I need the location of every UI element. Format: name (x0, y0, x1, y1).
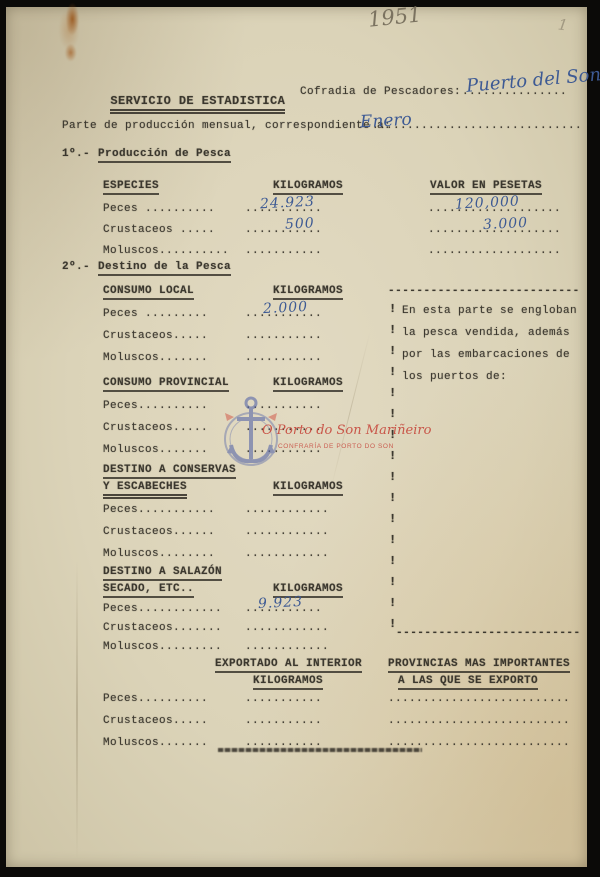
rust-stain (52, 0, 86, 68)
provincias-title2-text: A LAS QUE SE EXPORTO (398, 675, 538, 690)
bottom-rule (218, 748, 422, 752)
kg-dots: ........... (245, 352, 322, 364)
table-row: Peces............ ........... 9.923 (0, 603, 600, 623)
subsection-title: DESTINO A SALAZÓN (103, 566, 222, 578)
subsection-title-text: CONSUMO PROVINCIAL (103, 377, 229, 392)
col-kilogramos: KILOGRAMOS (273, 180, 343, 192)
provincias-title-text: PROVINCIAS MAS IMPORTANTES (388, 658, 570, 673)
note-box-top-border: --------------------------- (388, 285, 580, 297)
subsection-title2-text: SECADO, ETC.. (103, 583, 194, 598)
export-kilogramos-text: KILOGRAMOS (253, 675, 323, 690)
export-heading-line2: KILOGRAMOS A LAS QUE SE EXPORTO (0, 675, 600, 695)
kg-dots: ............ (245, 622, 329, 634)
row-label: Peces .......... (103, 203, 215, 215)
subsection-title2-text: Y ESCABECHES (103, 481, 187, 499)
table-row: Crustaceos..... ........... ............… (0, 715, 600, 735)
row-label: Moluscos.......... (103, 245, 229, 257)
document-title-text: SERVICIO DE ESTADISTICA (110, 94, 285, 114)
section2-heading: 2º.- Destino de la Pesca (0, 261, 600, 281)
parte-label: Parte de producción mensual, correspondi… (62, 120, 398, 132)
col-valor: VALOR EN PESETAS (430, 180, 542, 192)
kg-dots: ............ (245, 526, 329, 538)
row-label: Crustaceos ..... (103, 224, 215, 236)
row-label: Crustaceos..... (103, 330, 208, 342)
subsection-kilogramos: KILOGRAMOS (273, 481, 343, 493)
row-label: Crustaceos..... (103, 715, 208, 727)
subsection-kilogramos-text: KILOGRAMOS (273, 377, 343, 392)
kg-dots: ........... (245, 715, 322, 727)
table-row: Peces.......... ........... (0, 400, 600, 420)
cofradia-label: Cofradia de Pescadores: (300, 86, 461, 98)
parte-line: Parte de producción mensual, correspondi… (0, 120, 600, 140)
row-label: Peces.......... (103, 400, 208, 412)
kg-value-handwritten: 500 (285, 215, 316, 233)
subsection-title: DESTINO A CONSERVAS (103, 464, 236, 476)
kg-dots: ........... (245, 330, 322, 342)
section1-heading-underline: Producción de Pesca (98, 148, 231, 163)
subsection-kilogramos: KILOGRAMOS (273, 583, 343, 595)
kg-value-handwritten: 2.000 (263, 299, 309, 317)
export-title-text: EXPORTADO AL INTERIOR (215, 658, 362, 673)
subsection-title: CONSUMO LOCAL (103, 285, 194, 297)
provincias-dots: .......................... (388, 693, 570, 705)
subsection-kilogramos-text: KILOGRAMOS (273, 285, 343, 300)
kg-value-handwritten: 9.923 (258, 594, 304, 612)
row-label: Peces ......... (103, 308, 208, 320)
subsection-title: CONSUMO PROVINCIAL (103, 377, 229, 389)
section1-heading: 1º.- Producción de Pesca (0, 148, 600, 168)
table-row: Peces........... ............ (0, 504, 600, 524)
section1-number: 1º.- (62, 148, 97, 160)
kg-dots: ............ (245, 548, 329, 560)
kg-dots: ............ (245, 504, 329, 516)
row-label: Moluscos......... (103, 641, 222, 653)
month-value-handwritten: Enero (360, 110, 413, 133)
row-label: Peces.......... (103, 693, 208, 705)
section1-heading-text: Producción de Pesca (98, 148, 231, 160)
row-label: Crustaceos...... (103, 526, 215, 538)
col-valor-text: VALOR EN PESETAS (430, 180, 542, 195)
kg-value-handwritten: 24.923 (260, 194, 316, 213)
kg-dots: ........... (245, 245, 322, 257)
row-label: Peces........... (103, 504, 215, 516)
note-line: la pesca vendida, además (402, 327, 570, 339)
col-especies: ESPECIES (103, 180, 159, 192)
note-line: En esta parte se engloban (402, 305, 577, 317)
subsection-kilogramos: KILOGRAMOS (273, 285, 343, 297)
subsection-heading: CONSUMO PROVINCIAL KILOGRAMOS (0, 377, 600, 397)
provincias-title2: A LAS QUE SE EXPORTO (398, 675, 538, 687)
note-box-side-border: ! ! ! ! ! ! ! ! ! ! ! ! ! ! ! ! (389, 299, 397, 635)
export-kilogramos: KILOGRAMOS (253, 675, 323, 687)
subsection-title-text: DESTINO A CONSERVAS (103, 464, 236, 479)
subsection-kilogramos: KILOGRAMOS (273, 377, 343, 389)
row-label: Moluscos........ (103, 548, 215, 560)
table-row: Peces.......... ........... ............… (0, 693, 600, 713)
subsection-title-text: DESTINO A SALAZÓN (103, 566, 222, 581)
col-kilogramos-text: KILOGRAMOS (273, 180, 343, 195)
kg-dots: ........... (245, 693, 322, 705)
subsection-heading-line2: Y ESCABECHES KILOGRAMOS (0, 481, 600, 501)
table-row: Moluscos....... ........... ............… (0, 737, 600, 757)
note-line: por las embarcaciones de (402, 349, 570, 361)
valor-dots: ................... (428, 245, 561, 257)
row-label: Moluscos....... (103, 352, 208, 364)
export-title: EXPORTADO AL INTERIOR (215, 658, 362, 670)
row-label: Peces............ (103, 603, 222, 615)
section2-heading-underline: Destino de la Pesca (98, 261, 231, 276)
subsection-title-text: CONSUMO LOCAL (103, 285, 194, 300)
provincias-dots: .......................... (388, 715, 570, 727)
document-title: SERVICIO DE ESTADISTICA (80, 80, 285, 122)
subsection-title2: SECADO, ETC.. (103, 583, 194, 595)
subsection-kilogramos-text: KILOGRAMOS (273, 481, 343, 496)
col-especies-text: ESPECIES (103, 180, 159, 195)
subsection-title2: Y ESCABECHES (103, 481, 187, 493)
watermark-script-text: O Porto do Son Mariñeiro (262, 423, 431, 438)
valor-value-handwritten: 120,000 (455, 193, 521, 212)
kg-dots: ............ (245, 641, 329, 653)
table-row: Moluscos........ ............ (0, 548, 600, 568)
valor-value-handwritten: 3.000 (483, 215, 529, 233)
table-row: Crustaceos ..... ........... 500 .......… (0, 224, 600, 244)
section2-number: 2º.- (62, 261, 97, 273)
row-label: Crustaceos..... (103, 422, 208, 434)
note-line: los puertos de: (402, 371, 507, 383)
provincias-title: PROVINCIAS MAS IMPORTANTES (388, 658, 570, 670)
note-box-bottom-border: -------------------------- (396, 627, 581, 639)
table-row: Crustaceos...... ............ (0, 526, 600, 546)
row-label: Moluscos....... (103, 444, 208, 456)
scanned-document: 1951 1 SERVICIO DE ESTADISTICA Cofradia … (0, 0, 600, 877)
row-label: Moluscos....... (103, 737, 208, 749)
section2-heading-text: Destino de la Pesca (98, 261, 231, 273)
watermark-caption: CONFRARÍA DE PORTO DO SON (278, 443, 394, 450)
row-label: Crustaceos....... (103, 622, 222, 634)
